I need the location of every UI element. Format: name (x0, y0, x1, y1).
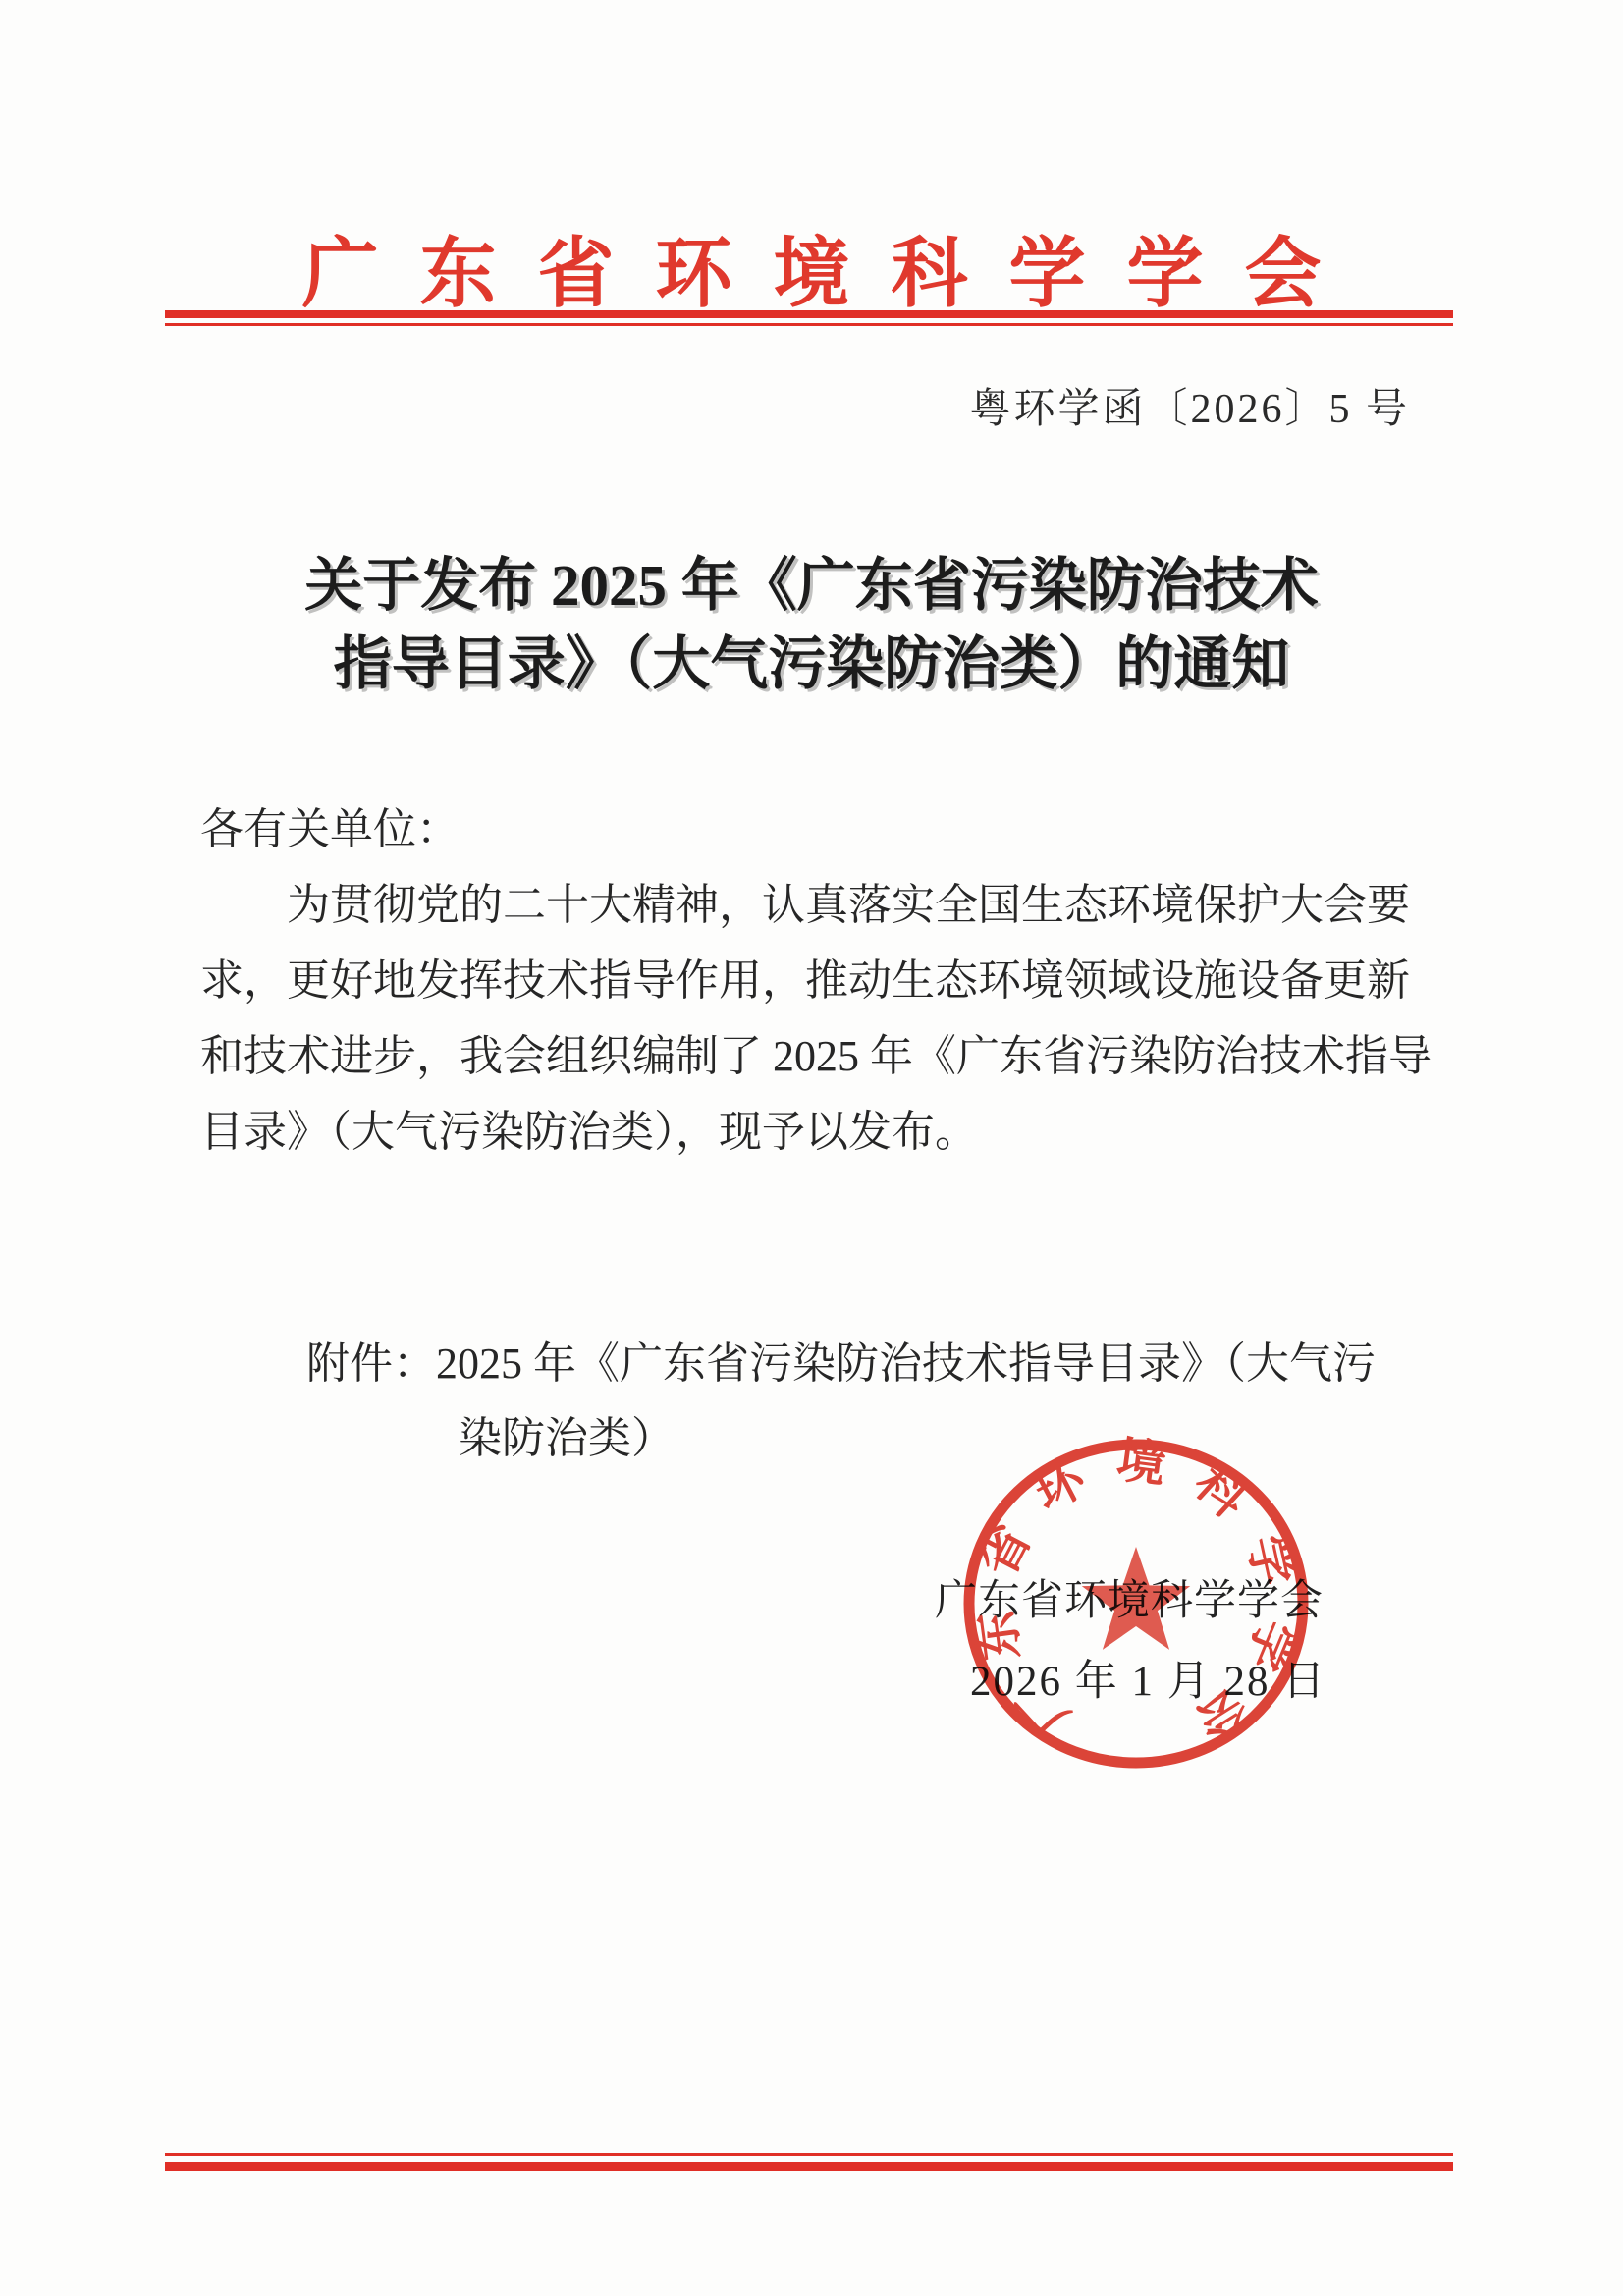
footer-rule-thick (165, 2162, 1453, 2171)
notice-title-line-1: 关于发布 2025 年《广东省污染防治技术 (0, 546, 1623, 625)
header-rule-thick (165, 310, 1453, 318)
official-seal: 广东省环境科学学会 (940, 1407, 1332, 1800)
body-text: 各有关单位： 为贯彻党的二十大精神，认真落实全国生态环境保护大会要 求，更好地发… (200, 792, 1433, 1170)
body-line: 和技术进步，我会组织编制了 2025 年《广东省污染防治技术指导 (200, 1018, 1433, 1094)
body-line: 目录》（大气污染防治类），现予以发布。 (200, 1094, 1433, 1170)
star-icon (1082, 1547, 1190, 1650)
document-page: 广东省环境科学学会 粤环学函〔2026〕5 号 关于发布 2025 年《广东省污… (0, 0, 1623, 2296)
salutation: 各有关单位： (200, 792, 1433, 867)
header-rule-thin (165, 323, 1453, 326)
document-number: 粤环学函〔2026〕5 号 (969, 376, 1410, 435)
org-name: 广东省环境科学学会 (0, 212, 1623, 322)
notice-title-line-2: 指导目录》（大气污染防治类）的通知 (0, 625, 1623, 703)
footer-rule-thin (165, 2153, 1453, 2156)
body-line: 为贯彻党的二十大精神，认真落实全国生态环境保护大会要 (200, 867, 1433, 943)
notice-title: 关于发布 2025 年《广东省污染防治技术 指导目录》（大气污染防治类）的通知 (0, 546, 1623, 703)
body-line: 求，更好地发挥技术指导作用，推动生态环境领域设施设备更新 (200, 943, 1433, 1018)
attachment-line-1: 附件：2025 年《广东省污染防治技术指导目录》（大气污 (200, 1327, 1433, 1401)
